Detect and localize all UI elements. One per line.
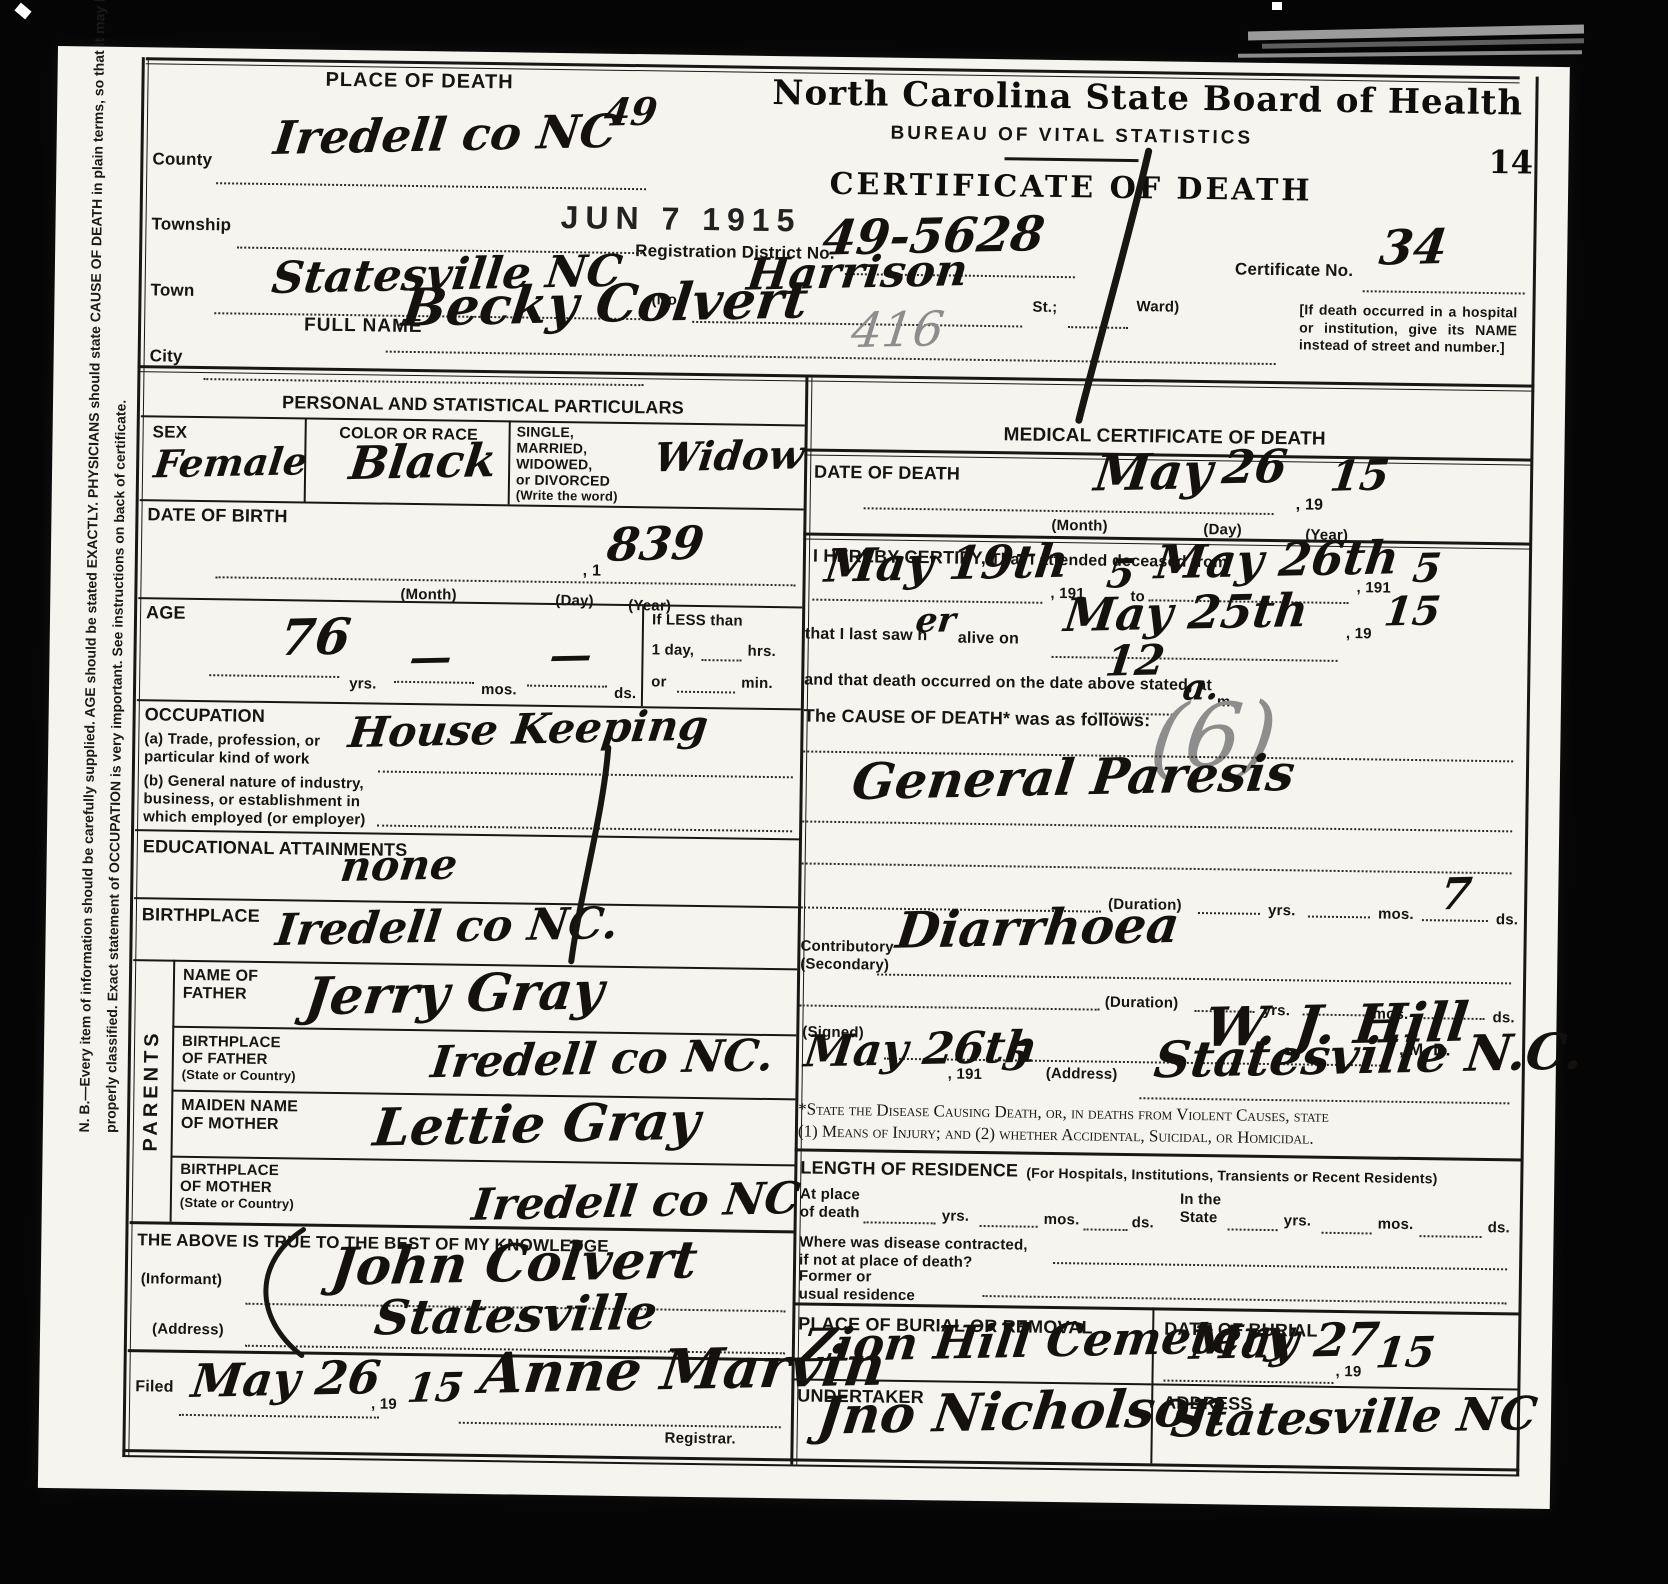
residence-line: [1420, 1235, 1482, 1238]
certificate-no-label: Certificate No.: [1235, 260, 1353, 279]
marital-label-4: or DIVORCED: [516, 472, 610, 488]
place-of-death-title: PLACE OF DEATH: [325, 70, 513, 94]
marital-label-2: MARRIED,: [516, 440, 587, 456]
registrar-line: [459, 1422, 781, 1428]
filed-date-value: May 26: [189, 1354, 383, 1404]
contributory-line: [877, 974, 1511, 985]
dob-label: DATE OF BIRTH: [147, 505, 288, 526]
rule-line: [138, 365, 1535, 388]
contributory-label-1: Contributory: [800, 938, 893, 955]
hospital-note: [If death occurred in a hospital or inst…: [1299, 301, 1518, 357]
burial-year-prefix: , 19: [1336, 1364, 1362, 1380]
filed-line: [179, 1414, 379, 1419]
street-label: St.;: [1032, 300, 1057, 316]
at-place-mos: mos.: [1044, 1212, 1080, 1228]
rule-line: [508, 420, 511, 504]
rule-line: [1516, 77, 1539, 1477]
mother-name-label-2: OF MOTHER: [181, 1116, 279, 1134]
ward-label: Ward): [1136, 299, 1179, 315]
bureau-subtitle: BUREAU OF VITAL STATISTICS: [772, 122, 1372, 150]
marital-label-1: SINGLE,: [517, 424, 575, 439]
alive-on-label: alive on: [958, 631, 1019, 649]
age-label: AGE: [146, 603, 186, 622]
former-residence-line: [983, 1295, 1507, 1304]
rule-line: [641, 604, 644, 706]
last-saw-year: 15: [1382, 591, 1443, 632]
hrs-line: [701, 659, 741, 662]
mother-name-label-1: MAIDEN NAME: [181, 1098, 298, 1116]
age-mos-unit: mos.: [481, 682, 517, 698]
sex-value: Female: [152, 442, 310, 483]
full-name-line: [386, 351, 1276, 365]
undertaker-address-value: Statesville NC: [1169, 1390, 1540, 1443]
min-label: min.: [741, 676, 773, 692]
birthplace-label: BIRTHPLACE: [142, 905, 260, 926]
certificate-no-value: 34: [1377, 223, 1450, 272]
occupation-b-label-2: business, or establishment in: [143, 791, 360, 810]
county-label: County: [152, 150, 212, 169]
residence-line: [980, 1225, 1038, 1228]
residence-line: [864, 1221, 936, 1224]
signed-year-value: 5: [1000, 1037, 1033, 1077]
hrs-label: hrs.: [748, 644, 777, 660]
mother-birthplace-label-3: (State or Country): [180, 1196, 294, 1211]
residence-line: [1084, 1228, 1128, 1231]
attended-to-year: 5: [1411, 548, 1444, 588]
duration2-line: [800, 1004, 1100, 1010]
min-line: [677, 691, 735, 694]
at-place-label-1: At place: [800, 1186, 860, 1203]
full-name-value: Becky Colvert: [399, 274, 811, 334]
occupation-value: House Keeping: [346, 705, 710, 754]
father-birthplace-label-1: BIRTHPLACE: [182, 1034, 281, 1051]
page-stack-edge: [1238, 50, 1582, 58]
duration-ds-value: 7: [1438, 873, 1474, 918]
father-birthplace-value: Iredell co NC.: [429, 1034, 776, 1085]
informant-label: (Informant): [141, 1271, 223, 1288]
scan-speck: [14, 3, 31, 20]
dod-month-label: (Month): [1051, 518, 1108, 535]
filed-year-value: 15: [405, 1368, 466, 1409]
former-residence-label-1: Former or: [799, 1268, 872, 1285]
duration-yrs-unit: yrs.: [1268, 903, 1296, 919]
city-label: City: [150, 347, 183, 365]
where-contracted-label-1: Where was disease contracted,: [799, 1234, 1028, 1253]
father-birthplace-label-3: (State or Country): [182, 1068, 296, 1083]
rule-line: [1004, 157, 1138, 162]
house-number-pencil: 416: [849, 305, 947, 355]
mother-birthplace-label-2: OF MOTHER: [180, 1179, 272, 1196]
contributory-label-2: (Secondary): [800, 956, 889, 973]
residence-title-note: (For Hospitals, Institutions, Transients…: [1026, 1166, 1437, 1186]
footnote-line2: (1) Means of Injury; and (2) whether Acc…: [798, 1122, 1314, 1147]
contributory-value: Diarrhoea: [893, 900, 1182, 956]
last-saw-line: [1052, 656, 1338, 662]
at-place-label-2: of death: [800, 1204, 860, 1221]
certificate-paper: N. B.—Every item of information should b…: [38, 46, 1570, 1509]
dob-line: [216, 576, 796, 586]
dob-year-prefix: , 1: [583, 563, 602, 580]
father-name-label-2: FATHER: [183, 986, 247, 1004]
sex-label: SEX: [152, 423, 187, 441]
duration-line: [1308, 916, 1370, 919]
former-residence-label-2: usual residence: [799, 1286, 916, 1303]
age-yrs-unit: yrs.: [349, 676, 377, 692]
occupation-b-line: [377, 825, 792, 833]
residence-line: [1322, 1232, 1372, 1235]
death-time-value: 12: [1103, 640, 1167, 683]
if-less-label-1: If LESS than: [652, 612, 743, 629]
mother-birthplace-value: Iredell co NC: [470, 1177, 803, 1228]
date-of-death-day: 26: [1220, 443, 1290, 490]
dob-year-value: 839: [605, 520, 707, 568]
duration-mos-unit: mos.: [1378, 907, 1414, 923]
in-state-label-1: In the: [1180, 1192, 1221, 1208]
duration-line: [1198, 912, 1260, 915]
county-line: [216, 182, 646, 190]
at-place-ds: ds.: [1132, 1215, 1154, 1231]
age-mos-value: —: [407, 636, 454, 679]
father-birthplace-label-2: OF FATHER: [182, 1051, 268, 1068]
date-of-death-year: 15: [1328, 455, 1392, 498]
informant-address-value: Statesville: [372, 1289, 660, 1343]
scanned-document-stage: N. B.—Every item of information should b…: [0, 0, 1668, 1584]
filed-label: Filed: [135, 1379, 174, 1396]
father-name-value: Jerry Gray: [302, 965, 606, 1023]
rule-line: [138, 597, 802, 608]
burial-date-value: May 27: [1188, 1316, 1382, 1366]
occupation-a-label-1: (a) Trade, profession, or: [144, 731, 320, 749]
last-saw-label: that I last saw h: [805, 626, 928, 645]
where-contracted-line: [1053, 1262, 1507, 1270]
marital-label-5: (Write the word): [516, 488, 618, 503]
township-label: Township: [151, 215, 231, 234]
duration-ds-unit: ds.: [1496, 912, 1518, 928]
dod-year-prefix: , 19: [1296, 497, 1324, 514]
mother-name-value: Lettie Gray: [371, 1096, 703, 1155]
occupation-label: OCCUPATION: [145, 705, 266, 726]
or-label: or: [651, 674, 667, 690]
county-district-code: 49: [602, 93, 660, 132]
occupation-b-label-1: (b) General nature of industry,: [144, 773, 364, 792]
registrar-label: Registrar.: [665, 1431, 736, 1448]
residence-line: [1228, 1228, 1278, 1231]
board-title: North Carolina State Board of Health: [772, 76, 1372, 120]
date-of-death-line: [864, 507, 1274, 515]
scan-speck: [1272, 2, 1282, 10]
cause-line-3: [802, 862, 1512, 874]
cause-of-death-label: The CAUSE OF DEATH* was as follows:: [804, 706, 1151, 730]
color-race-value: Black: [347, 437, 499, 486]
attended-to-value: May 26th: [1153, 534, 1402, 585]
mother-birthplace-label-1: BIRTHPLACE: [180, 1162, 279, 1179]
duration2-label: (Duration): [1105, 995, 1179, 1012]
date-of-death-month: May: [1092, 446, 1215, 498]
ward-line: [1068, 326, 1128, 329]
dob-day-label: (Day): [555, 593, 594, 609]
age-ds-value: —: [547, 634, 594, 677]
occupation-a-label-2: particular kind of work: [144, 749, 310, 767]
father-name-label-1: NAME OF: [183, 968, 258, 986]
certificate-title: CERTIFICATE OF DEATH: [771, 168, 1371, 208]
signed-year-prefix: , 191: [948, 1067, 983, 1083]
age-ds-unit: ds.: [614, 686, 636, 702]
in-state-label-2: State: [1180, 1210, 1218, 1226]
occupation-a-line: [378, 771, 793, 779]
certificate-no-line: [1363, 290, 1525, 294]
duration-line: [1422, 919, 1488, 922]
age-line: [394, 681, 474, 684]
parents-side-label: PARENTS: [140, 1029, 163, 1151]
signed-address-label: (Address): [1046, 1066, 1118, 1083]
cause-value: General Paresis: [849, 748, 1297, 807]
rule-line: [122, 1449, 1519, 1472]
signed-address-line: [1139, 1097, 1509, 1104]
cause-line-2: [802, 820, 1512, 832]
informant-address-label: (Address): [152, 1321, 224, 1338]
city-line: [203, 378, 643, 386]
at-place-yrs: yrs.: [942, 1208, 970, 1224]
marital-value: Widow: [652, 435, 806, 478]
received-date-stamp: JUN 7 1915: [560, 201, 801, 238]
page-number: 14: [1488, 146, 1533, 180]
personal-section-title: PERSONAL AND STATISTICAL PARTICULARS: [173, 392, 793, 420]
parents-side-cell: PARENTS: [130, 959, 174, 1222]
residence-title: LENGTH OF RESIDENCE: [800, 1158, 1018, 1180]
age-line: [527, 685, 607, 688]
education-value: none: [338, 844, 459, 888]
burial-year-value: 15: [1374, 1331, 1438, 1374]
attended-from-value: May 19th: [822, 538, 1071, 589]
filed-year-prefix: , 19: [371, 1397, 397, 1413]
last-saw-year-prefix: , 19: [1346, 626, 1372, 642]
in-state-yrs: yrs.: [1284, 1213, 1312, 1229]
birthplace-value: Iredell co NC.: [273, 902, 620, 953]
if-less-label-2: 1 day,: [652, 642, 695, 658]
in-state-ds: ds.: [1488, 1220, 1510, 1236]
last-saw-date: May 25th: [1062, 587, 1311, 638]
in-state-mos: mos.: [1378, 1217, 1414, 1233]
town-label: Town: [150, 281, 194, 299]
age-years-value: 76: [277, 612, 353, 663]
occupation-b-label-3: which employed (or employer): [143, 809, 366, 828]
county-value: Iredell co NC: [271, 108, 619, 161]
signed-address-value: Statesville N.C.: [1152, 1027, 1586, 1086]
last-saw-pronoun: er: [914, 603, 958, 638]
age-line: [209, 674, 339, 678]
marital-label-3: WIDOWED,: [516, 456, 592, 472]
date-of-death-label: DATE OF DEATH: [814, 463, 960, 484]
page-stack-edge: [1262, 38, 1584, 49]
